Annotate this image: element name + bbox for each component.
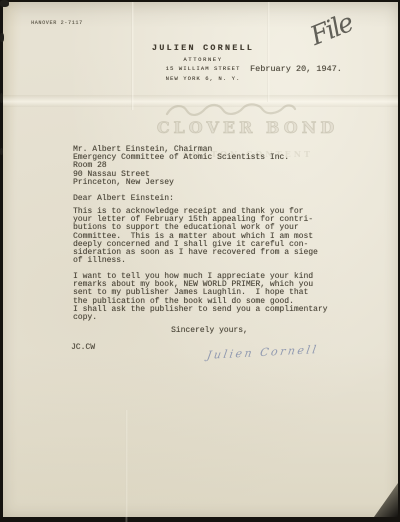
letterhead-city: NEW YORK 6, N. Y. — [143, 75, 263, 82]
corner-fold — [374, 483, 398, 517]
body-paragraph-1: This is to acknowledge receipt and thank… — [73, 208, 343, 265]
letterhead: JULIEN CORNELL ATTORNEY 15 WILLIAM STREE… — [143, 43, 263, 82]
letterhead-name: JULIEN CORNELL — [143, 43, 263, 53]
closing-line: Sincerely yours, — [171, 326, 248, 335]
vertical-fold-crease — [131, 2, 134, 110]
file-annotation: File — [306, 0, 391, 52]
watermark-brand-text: CLOVER BOND — [155, 118, 340, 137]
watermark-script-flourish — [163, 100, 298, 122]
scan-edge-mark — [0, 33, 4, 42]
scan-edge-mark — [0, 93, 3, 103]
scan-edge-mark — [0, 0, 9, 7]
typist-initials: JC.CW — [71, 343, 95, 352]
vertical-fold-crease — [125, 410, 128, 522]
scan-background: CLOVER BOND COTTON CONTENT HANOVER 2-711… — [0, 0, 400, 522]
horizontal-fold-crease — [3, 95, 398, 107]
letterhead-phone: HANOVER 2-7117 — [31, 20, 83, 26]
scan-edge-mark — [0, 148, 3, 155]
salutation: Dear Albert Einstein: — [73, 194, 174, 203]
date-line: February 20, 1947. — [250, 64, 342, 74]
vertical-fold-crease — [267, 2, 270, 102]
body-paragraph-2: I want to tell you how much I appreciate… — [73, 273, 343, 322]
letterhead-title: ATTORNEY — [143, 56, 263, 63]
signature: Julien Cornell — [206, 343, 318, 362]
recipient-line: Princeton, New Jersey — [73, 179, 289, 187]
recipient-address: Mr. Albert Einstein, Chairman Emergency … — [73, 146, 289, 187]
letterhead-street: 15 WILLIAM STREET — [143, 65, 263, 72]
letter-paper: CLOVER BOND COTTON CONTENT HANOVER 2-711… — [3, 2, 398, 517]
